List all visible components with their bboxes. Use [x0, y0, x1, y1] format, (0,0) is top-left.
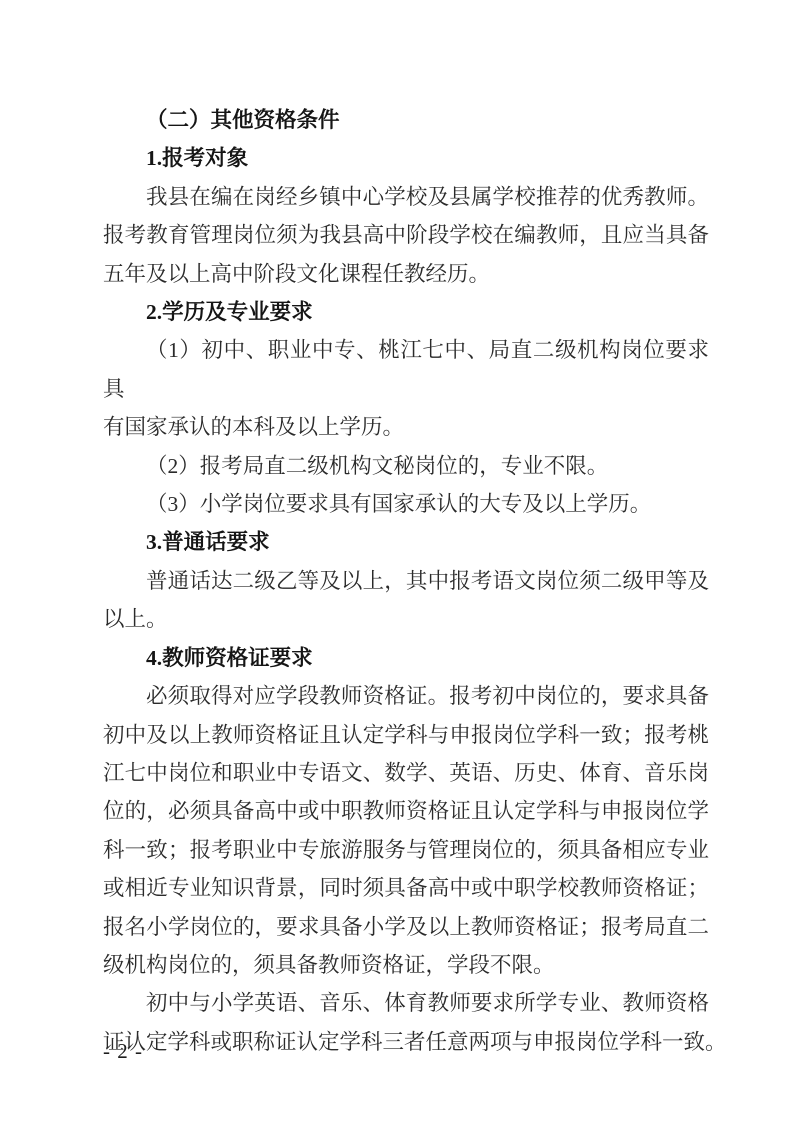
paragraph-line: 报考教育管理岗位须为我县高中阶段学校在编教师，且应当具备	[103, 216, 709, 254]
sub-heading-education-major-requirements: 2.学历及专业要求	[103, 293, 709, 331]
sub-heading-application-targets: 1.报考对象	[103, 139, 709, 177]
paragraph-line: 或相近专业知识背景，同时须具备高中或中职学校教师资格证；	[103, 869, 709, 907]
paragraph-line: 位的，必须具备高中或中职教师资格证且认定学科与申报岗位学	[103, 792, 709, 830]
paragraph-line: 初中与小学英语、音乐、体育教师要求所学专业、教师资格	[103, 984, 709, 1022]
paragraph-line: 五年及以上高中阶段文化课程任教经历。	[103, 255, 709, 293]
paragraph-line: 我县在编在岗经乡镇中心学校及县属学校推荐的优秀教师。	[103, 178, 709, 216]
paragraph-line: 初中及以上教师资格证且认定学科与申报岗位学科一致；报考桃	[103, 716, 709, 754]
paragraph-line: 江七中岗位和职业中专语文、数学、英语、历史、体育、音乐岗	[103, 754, 709, 792]
paragraph-line: （3）小学岗位要求具有国家承认的大专及以上学历。	[103, 485, 709, 523]
sub-heading-mandarin-requirements: 3.普通话要求	[103, 523, 709, 561]
document-page: （二）其他资格条件 1.报考对象 我县在编在岗经乡镇中心学校及县属学校推荐的优秀…	[0, 0, 793, 1122]
paragraph-line: 有国家承认的本科及以上学历。	[103, 408, 709, 446]
document-body: （二）其他资格条件 1.报考对象 我县在编在岗经乡镇中心学校及县属学校推荐的优秀…	[103, 101, 709, 1061]
paragraph-line: （2）报考局直二级机构文秘岗位的，专业不限。	[103, 447, 709, 485]
paragraph-line: 证认定学科或职称证认定学科三者任意两项与申报岗位学科一致。	[103, 1023, 709, 1061]
paragraph-line: （1）初中、职业中专、桃江七中、局直二级机构岗位要求具	[103, 331, 709, 408]
paragraph-line: 必须取得对应学段教师资格证。报考初中岗位的，要求具备	[103, 677, 709, 715]
sub-heading-teacher-certificate-requirements: 4.教师资格证要求	[103, 639, 709, 677]
page-number: - 2 -	[103, 1036, 143, 1066]
paragraph-line: 报名小学岗位的，要求具备小学及以上教师资格证；报考局直二	[103, 908, 709, 946]
paragraph-line: 科一致；报考职业中专旅游服务与管理岗位的，须具备相应专业	[103, 831, 709, 869]
section-heading-other-qualifications: （二）其他资格条件	[103, 101, 709, 139]
paragraph-line: 以上。	[103, 600, 709, 638]
paragraph-line: 普通话达二级乙等及以上，其中报考语文岗位须二级甲等及	[103, 562, 709, 600]
paragraph-line: 级机构岗位的，须具备教师资格证，学段不限。	[103, 946, 709, 984]
